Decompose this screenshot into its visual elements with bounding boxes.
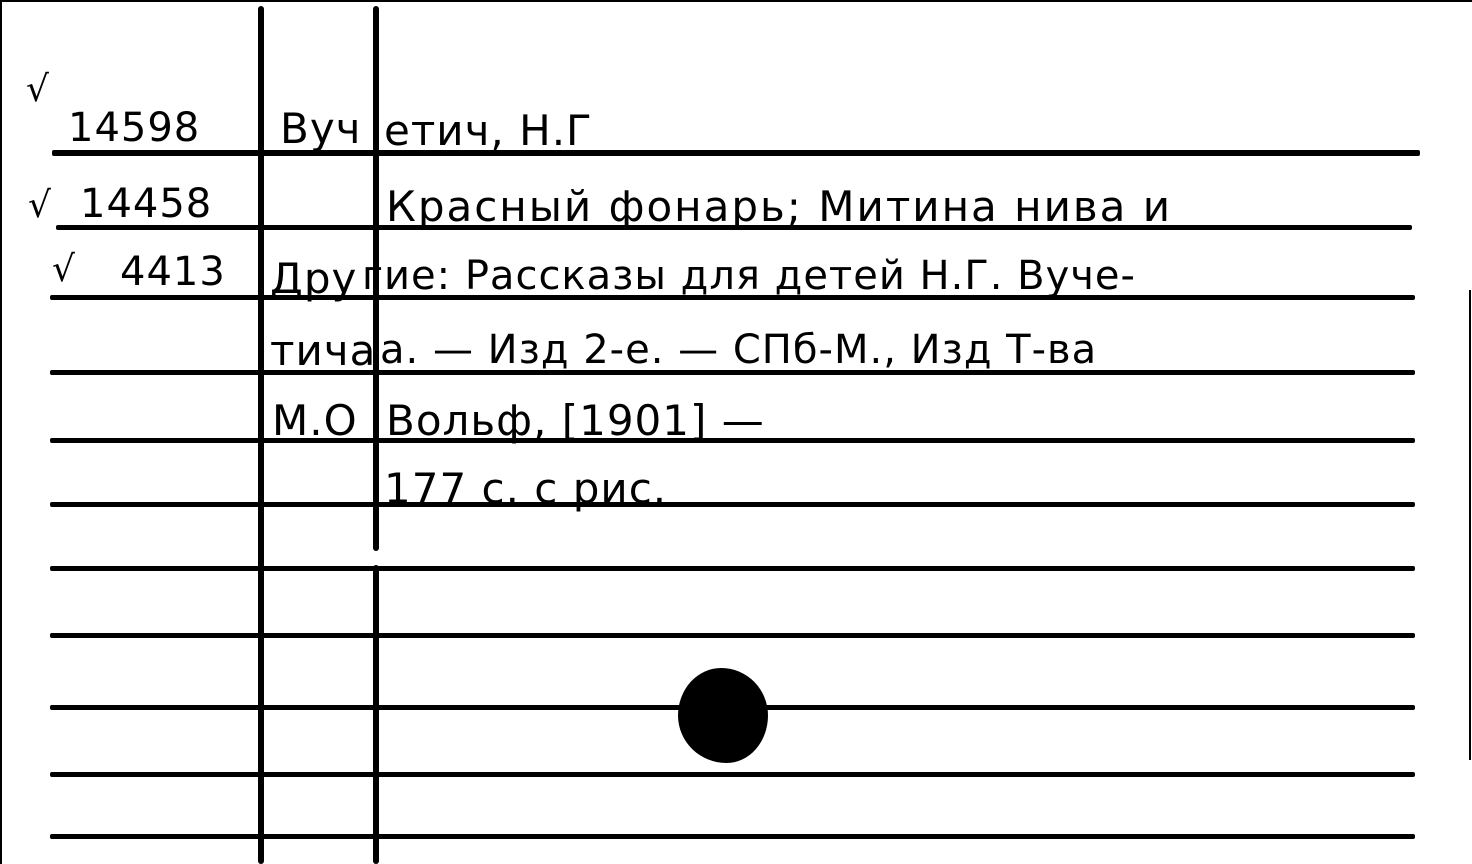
card-top-edge (0, 0, 1472, 2)
margin-rule-2-lower (373, 565, 379, 864)
margin-rule-1 (258, 6, 264, 864)
call-number-3: 4413 (120, 252, 226, 292)
pagination-line: 177 с. с рис. (384, 468, 667, 510)
line-4-right: Вольф, [1901] — (386, 400, 765, 442)
check-mark-icon: √ (52, 252, 75, 288)
catalog-card: √ √ √ 14598 14458 4413 Вуч етич, Н.Г Кра… (0, 0, 1472, 864)
line-3-left: тича (270, 330, 376, 372)
check-mark-icon: √ (26, 72, 49, 108)
author-prefix: Вуч (280, 108, 361, 150)
ruled-line (50, 834, 1415, 839)
card-right-edge (1469, 290, 1471, 760)
ruled-line (50, 633, 1415, 638)
punch-hole (678, 668, 768, 763)
line-4-left: М.О (272, 400, 358, 442)
ruled-line (50, 566, 1415, 571)
ruled-line (50, 502, 1415, 507)
author-name: етич, Н.Г (384, 110, 593, 152)
check-mark-icon: √ (28, 188, 51, 224)
card-left-edge (0, 0, 2, 864)
ruled-line (50, 772, 1415, 777)
line-3-right: а. — Изд 2-е. — СПб-М., Изд Т-ва (380, 330, 1097, 370)
call-number-2: 14458 (80, 184, 212, 224)
title-line-1: Красный фонарь; Митина нива и (386, 186, 1172, 228)
line-2-left: Дру (270, 258, 357, 300)
line-2-right: гие: Рассказы для детей Н.Г. Вуче- (362, 256, 1136, 296)
ruled-line (52, 150, 1420, 156)
call-number-1: 14598 (68, 108, 200, 148)
